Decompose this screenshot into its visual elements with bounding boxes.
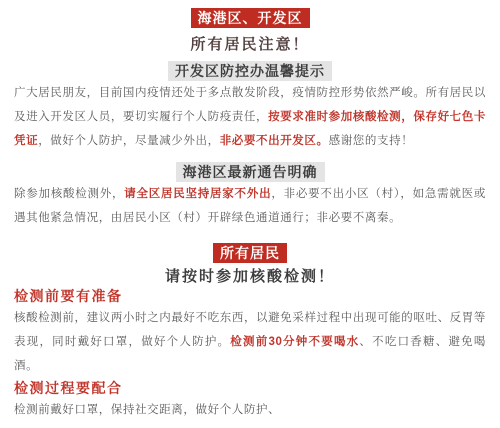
tip-badge-row: 开发区防控办温馨提示: [14, 61, 486, 81]
attention-title: 所有居民注意！: [14, 33, 486, 54]
text-segment: 除参加核酸检测外，: [14, 188, 124, 200]
text-segment-emphasis: 检测前30分钟不要喝水: [230, 336, 359, 348]
text-segment: 感谢您的支持！: [329, 135, 414, 147]
text-segment: ，做好个人防护，尽量减少外出，: [38, 135, 220, 147]
text-segment: 检测前戴好口罩，保持社交距离，做好个人防护、: [14, 404, 280, 416]
region-badge-row: 海港区、开发区: [14, 8, 486, 28]
process-heading: 检测过程要配合: [14, 378, 486, 398]
tip-badge: 开发区防控办温馨提示: [168, 61, 332, 81]
tip-paragraph: 广大居民朋友，目前国内疫情还处于多点散发阶段，疫情防控形势依然严峻。所有居民以及…: [14, 81, 486, 153]
process-paragraph: 检测前戴好口罩，保持社交距离，做好个人防护、: [14, 398, 486, 422]
notice-page: 海港区、开发区 所有居民注意！ 开发区防控办温馨提示 广大居民朋友，目前国内疫情…: [0, 0, 500, 428]
notice-paragraph: 除参加核酸检测外，请全区居民坚持居家不外出，非必要不出小区（村），如急需就医或遇…: [14, 182, 486, 230]
text-segment-emphasis: 请全区居民坚持居家不外出: [124, 188, 271, 200]
residents-badge: 所有居民: [213, 243, 287, 263]
notice-badge-row: 海港区最新通告明确: [14, 162, 486, 182]
residents-badge-row: 所有居民: [14, 243, 486, 263]
text-segment-emphasis: 非必要不出开发区。: [220, 135, 329, 147]
residents-title: 请按时参加核酸检测！: [14, 265, 486, 286]
prep-paragraph: 核酸检测前，建议两小时之内最好不吃东西，以避免采样过程中出现可能的呕吐、反胃等表…: [14, 306, 486, 378]
region-badge: 海港区、开发区: [191, 8, 310, 28]
prep-heading: 检测前要有准备: [14, 286, 486, 306]
notice-badge: 海港区最新通告明确: [176, 162, 325, 182]
